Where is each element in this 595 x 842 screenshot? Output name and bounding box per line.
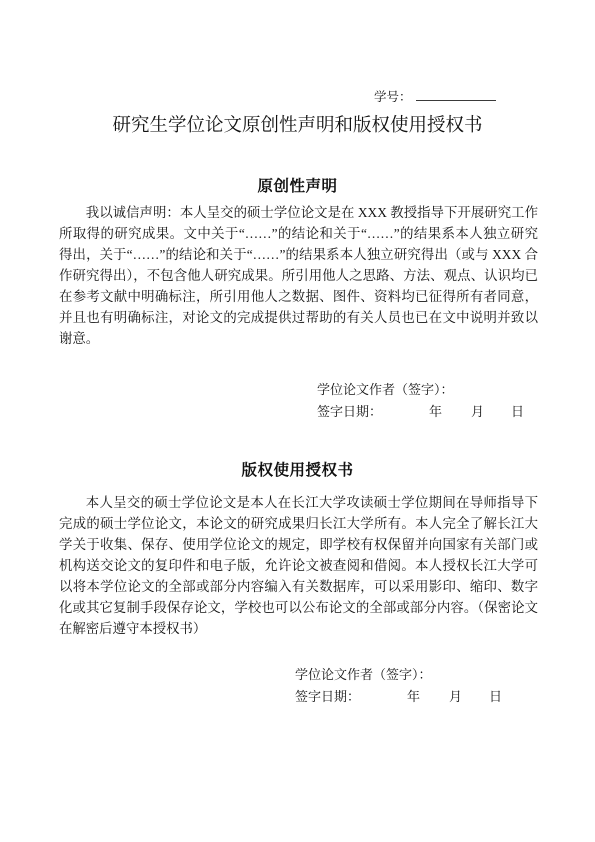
student-id-row: 学号： <box>374 87 496 105</box>
authorization-day-label: 日 <box>489 689 502 704</box>
student-id-blank-underline <box>416 87 496 101</box>
authorization-heading: 版权使用授权书 <box>0 461 595 481</box>
declaration-author-signature-line: 学位论文作者（签字）： <box>317 379 524 401</box>
declaration-month-label: 月 <box>471 404 484 419</box>
authorization-signature-date-line: 签字日期：年月日 <box>295 686 502 708</box>
declaration-heading: 原创性声明 <box>0 177 595 197</box>
authorization-month-label: 月 <box>449 689 462 704</box>
declaration-signature-date-line: 签字日期：年月日 <box>317 401 524 423</box>
page-title: 研究生学位论文原创性声明和版权使用授权书 <box>0 113 595 139</box>
declaration-day-label: 日 <box>511 404 524 419</box>
student-id-label: 学号： <box>374 90 412 104</box>
authorization-author-signature-line: 学位论文作者（签字）： <box>295 664 502 686</box>
authorization-signature-block: 学位论文作者（签字）： 签字日期：年月日 <box>295 664 502 708</box>
declaration-date-label: 签字日期： <box>317 404 382 419</box>
authorization-body-paragraph: 本人呈交的硕士学位论文是本人在长江大学攻读硕士学位期间在导师指导下完成的硕士学位… <box>59 492 538 639</box>
declaration-signature-block: 学位论文作者（签字）： 签字日期：年月日 <box>317 379 524 423</box>
authorization-date-label: 签字日期： <box>295 689 360 704</box>
authorization-year-label: 年 <box>407 689 420 704</box>
declaration-body-paragraph: 我以诚信声明：本人呈交的硕士学位论文是在 XXX 教授指导下开展研究工作所取得的… <box>59 202 538 349</box>
document-page: 学号： 研究生学位论文原创性声明和版权使用授权书 原创性声明 我以诚信声明：本人… <box>0 0 595 842</box>
declaration-year-label: 年 <box>429 404 442 419</box>
